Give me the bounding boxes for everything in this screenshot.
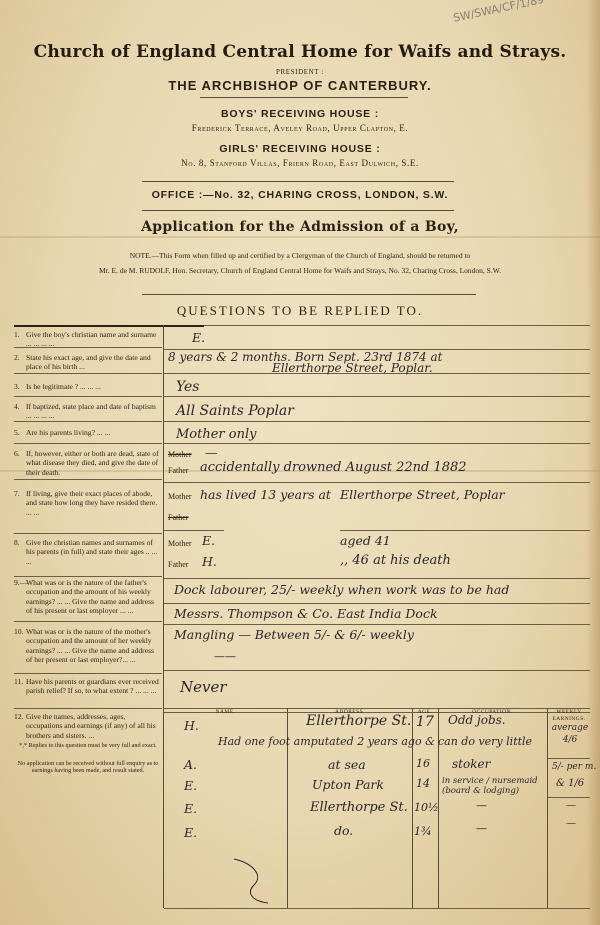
paper-edge-shadow xyxy=(586,0,600,925)
archive-reference: SW/SWA/CF/1/89 xyxy=(452,0,545,25)
answer-10-occupation: Mangling — Between 5/- & 6/- weekly xyxy=(174,627,414,642)
answer-line xyxy=(164,396,590,397)
answer-7-mother-abode: Ellerthorpe Street, Poplar xyxy=(340,487,505,502)
sibling-1-occupation: Odd jobs. xyxy=(448,713,506,727)
answer-6-mother: — xyxy=(205,445,218,460)
divider xyxy=(200,97,408,98)
question-11: 11.Have his parents or guardians ever re… xyxy=(14,677,162,696)
answer-line xyxy=(164,482,590,483)
application-form-page: SW/SWA/CF/1/89 Church of England Central… xyxy=(0,0,600,925)
answer-10-employer: —— xyxy=(214,650,236,663)
answer-8-father-age: ,, 46 at his death xyxy=(340,553,451,568)
row-line xyxy=(14,533,162,534)
answer-4-baptism: All Saints Poplar xyxy=(176,403,294,419)
sibling-2-name: A. xyxy=(184,757,197,772)
girls-house-address: No. 8, Stanford Villas, Friern Road, Eas… xyxy=(0,158,600,168)
answer-line xyxy=(164,603,590,604)
earnings-line xyxy=(548,758,590,759)
question-3: 3.Is he legitimate ? ... ... ... xyxy=(14,382,162,391)
sibling-2-address: at sea xyxy=(328,757,366,772)
answer-8-father-name: H. xyxy=(202,554,217,569)
q12-note-earnings: No application can be received without f… xyxy=(14,760,162,775)
question-9: 9.—What was or is the nature of the fath… xyxy=(14,578,162,616)
questions-heading: QUESTIONS TO BE REPLIED TO. xyxy=(0,303,600,319)
row-line xyxy=(14,576,162,577)
answer-11-parish-relief: Never xyxy=(180,678,227,696)
divider xyxy=(142,181,454,182)
sibling-1-note-cont: can do very little xyxy=(438,735,532,748)
answer-8-mother-name: E. xyxy=(202,533,215,548)
answer-6-father-label: Father xyxy=(168,466,188,475)
sibling-2-occupation: stoker xyxy=(452,757,490,771)
answer-line xyxy=(164,624,590,625)
sibling-1-name: H. xyxy=(184,718,199,733)
answer-line xyxy=(164,578,590,579)
president-name: THE ARCHBISHOP OF CANTERBURY. xyxy=(0,78,600,93)
sibling-3-age: 14 xyxy=(416,777,430,790)
sibling-4-address: Ellerthorpe St. xyxy=(310,800,408,815)
answer-7-father-label: Father xyxy=(168,513,188,522)
question-8: 8.Give the christian names and surnames … xyxy=(14,538,162,566)
sibling-3-earnings: & 1/6 xyxy=(556,778,584,789)
sibling-5-occupation: — xyxy=(476,822,487,835)
sibling-5-earnings: — xyxy=(566,818,576,829)
answer-line xyxy=(164,421,590,422)
answer-6-father: accidentally drowned August 22nd 1882 xyxy=(200,460,467,475)
question-2: 2.State his exact age, and give the date… xyxy=(14,353,162,372)
divider xyxy=(142,294,476,295)
answer-7-mother-duration: has lived 13 years at xyxy=(200,487,331,502)
answer-line xyxy=(340,530,590,531)
sibling-1-address: Ellerthorpe St. xyxy=(306,713,411,729)
girls-house-title: GIRLS' RECEIVING HOUSE : xyxy=(0,143,600,155)
row-line xyxy=(14,673,162,674)
answer-1-name: E. xyxy=(192,330,205,345)
row-line xyxy=(14,479,162,480)
row-line xyxy=(14,396,162,397)
answer-7-mother-label: Mother xyxy=(168,492,192,501)
question-4: 4.If baptized, state place and date of b… xyxy=(14,402,162,421)
table-top-rule xyxy=(14,325,204,327)
sibling-4-occupation: — xyxy=(476,799,487,812)
table-top-rule xyxy=(204,325,590,326)
answer-9-employer: Messrs. Thompson & Co. East India Dock xyxy=(174,606,438,621)
sibling-5-age: 1¾ xyxy=(414,825,432,838)
question-7: 7.If living, give their exact places of … xyxy=(14,489,162,517)
form-note-line2: Mr. E. de M. RUDOLF, Hon. Secretary, Chu… xyxy=(0,266,600,275)
sibling-1-note: Had one foot amputated 2 years ago & xyxy=(218,735,435,748)
earnings-line xyxy=(548,797,590,798)
question-6: 6.If, however, either or both are dead, … xyxy=(14,449,162,477)
boys-house-title: BOYS' RECEIVING HOUSE : xyxy=(0,108,600,120)
sibling-3-address: Upton Park xyxy=(312,777,384,792)
sibling-5-address: do. xyxy=(334,823,353,838)
question-12: 12.Give the names, addresses, ages, occu… xyxy=(14,712,162,740)
answer-6-mother-label: Mother xyxy=(168,450,192,459)
answer-5-parents-living: Mother only xyxy=(176,427,256,442)
sibling-3-occupation: in service / nursemaid (board & lodging) xyxy=(442,776,550,796)
row-line xyxy=(14,621,162,622)
answer-line xyxy=(164,670,590,671)
row-line xyxy=(14,373,162,374)
answer-line xyxy=(164,530,224,531)
answer-3-legitimate: Yes xyxy=(176,379,200,395)
col-weekly-earnings: WEEKLY EARNINGS. xyxy=(548,709,590,723)
form-note-line1: NOTE.—This Form when filled up and certi… xyxy=(0,251,600,260)
sibling-2-earnings: 5/- per m. xyxy=(552,762,596,772)
paper-crease xyxy=(0,236,600,238)
divider xyxy=(142,210,454,211)
col-name: NAME. xyxy=(164,709,287,715)
sibling-4-age: 10½ xyxy=(414,801,439,814)
question-10: 10.What was or is the nature of the moth… xyxy=(14,627,162,665)
answer-8-mother-age: aged 41 xyxy=(340,533,391,548)
question-5: 5.Are his parents living? ... ... xyxy=(14,428,162,437)
question-1: 1.Give the boy's christian name and surn… xyxy=(14,330,162,349)
sibling-4-name: E. xyxy=(184,801,197,816)
boys-house-address: Frederick Terrace, Aveley Road, Upper Cl… xyxy=(0,123,600,133)
answer-8-father-label: Father xyxy=(168,560,188,569)
sibling-3-name: E. xyxy=(184,778,197,793)
office-address: OFFICE :—No. 32, CHARING CROSS, LONDON, … xyxy=(0,189,600,201)
sibling-4-earnings: — xyxy=(566,800,576,811)
president-label: PRESIDENT : xyxy=(0,68,600,76)
form-title: Application for the Admission of a Boy, xyxy=(0,219,600,235)
sibling-1-earnings: average 4/6 xyxy=(550,722,590,746)
column-divider xyxy=(547,708,548,908)
answer-9-occupation: Dock labourer, 25/- weekly when work was… xyxy=(174,582,509,597)
answer-line xyxy=(164,443,590,444)
row-line xyxy=(14,443,162,444)
closing-squiggle-mark xyxy=(232,855,272,905)
column-divider xyxy=(163,325,164,908)
answer-2-birthplace: Ellerthorpe Street, Poplar. xyxy=(272,361,433,375)
sibling-5-name: E. xyxy=(184,825,197,840)
sibling-1-age: 17 xyxy=(416,714,434,730)
row-line xyxy=(14,421,162,422)
answer-8-mother-label: Mother xyxy=(168,539,192,548)
table-bottom-rule xyxy=(164,908,590,909)
row-line xyxy=(14,708,162,709)
q12-note-exact: *,* Replies to this question must be ver… xyxy=(14,742,162,749)
sibling-2-age: 16 xyxy=(416,757,430,770)
organisation-title: Church of England Central Home for Waifs… xyxy=(0,42,600,62)
